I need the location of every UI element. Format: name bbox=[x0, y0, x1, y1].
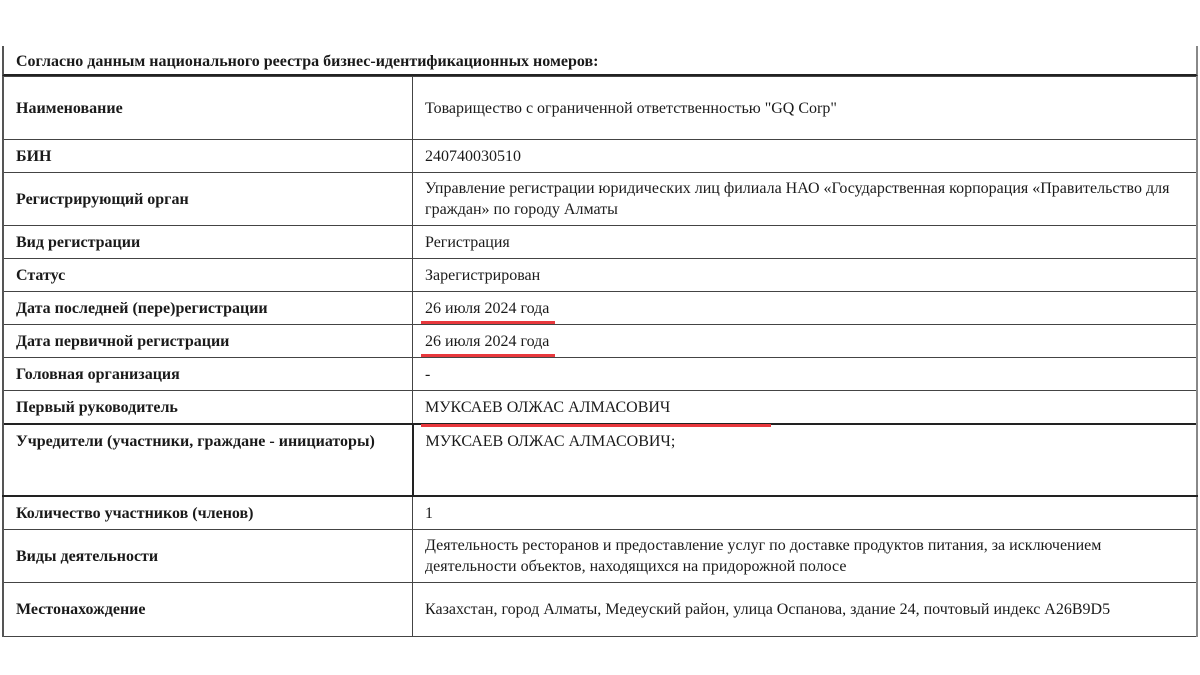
registry-header: Согласно данным национального реестра би… bbox=[2, 46, 1198, 76]
row-value: МУКСАЕВ ОЛЖАС АЛМАСОВИЧ; bbox=[413, 424, 1198, 496]
table-row-location: Местонахождение Казахстан, город Алматы,… bbox=[3, 583, 1197, 637]
row-label: Вид регистрации bbox=[3, 226, 413, 259]
table-row-status: Статус Зарегистрирован bbox=[3, 259, 1197, 292]
row-label: Регистрирующий орган bbox=[3, 173, 413, 226]
row-value: Зарегистрирован bbox=[413, 259, 1198, 292]
registry-record: Согласно данным национального реестра би… bbox=[2, 46, 1198, 637]
table-row-first-registration-date: Дата первичной регистрации 26 июля 2024 … bbox=[3, 325, 1197, 358]
row-label: Виды деятельности bbox=[3, 530, 413, 583]
row-label: Статус bbox=[3, 259, 413, 292]
highlighted-value: 26 июля 2024 года bbox=[425, 331, 549, 352]
table-row-last-registration-date: Дата последней (пере)регистрации 26 июля… bbox=[3, 292, 1197, 325]
row-value: 26 июля 2024 года bbox=[413, 292, 1198, 325]
row-value: - bbox=[413, 358, 1198, 391]
row-value: МУКСАЕВ ОЛЖАС АЛМАСОВИЧ bbox=[413, 391, 1198, 425]
row-value: Деятельность ресторанов и предоставление… bbox=[413, 530, 1198, 583]
row-value: Товарищество с ограниченной ответственно… bbox=[413, 77, 1198, 140]
table-row-bin: БИН 240740030510 bbox=[3, 140, 1197, 173]
row-label: Первый руководитель bbox=[3, 391, 413, 425]
table-row-member-count: Количество участников (членов) 1 bbox=[3, 496, 1197, 530]
table-row-registering-authority: Регистрирующий орган Управление регистра… bbox=[3, 173, 1197, 226]
row-label: Местонахождение bbox=[3, 583, 413, 637]
highlighted-value: МУКСАЕВ ОЛЖАС АЛМАСОВИЧ bbox=[425, 397, 670, 418]
table-row-registration-type: Вид регистрации Регистрация bbox=[3, 226, 1197, 259]
row-label: Дата последней (пере)регистрации bbox=[3, 292, 413, 325]
row-label: Головная организация bbox=[3, 358, 413, 391]
registry-table: Наименование Товарищество с ограниченной… bbox=[2, 76, 1198, 637]
table-row-director: Первый руководитель МУКСАЕВ ОЛЖАС АЛМАСО… bbox=[3, 391, 1197, 425]
row-value: 1 bbox=[413, 496, 1198, 530]
table-row-founders: Учредители (участники, граждане - инициа… bbox=[3, 424, 1197, 496]
row-value: Регистрация bbox=[413, 226, 1198, 259]
row-value: 26 июля 2024 года bbox=[413, 325, 1198, 358]
table-row-activities: Виды деятельности Деятельность ресторано… bbox=[3, 530, 1197, 583]
row-value: Управление регистрации юридических лиц ф… bbox=[413, 173, 1198, 226]
row-value: 240740030510 bbox=[413, 140, 1198, 173]
highlighted-value: 26 июля 2024 года bbox=[425, 298, 549, 319]
table-row-name: Наименование Товарищество с ограниченной… bbox=[3, 77, 1197, 140]
row-label: Наименование bbox=[3, 77, 413, 140]
row-label: Количество участников (членов) bbox=[3, 496, 413, 530]
row-label: Дата первичной регистрации bbox=[3, 325, 413, 358]
row-label: Учредители (участники, граждане - инициа… bbox=[3, 424, 413, 496]
row-label: БИН bbox=[3, 140, 413, 173]
table-row-parent-organization: Головная организация - bbox=[3, 358, 1197, 391]
row-value: Казахстан, город Алматы, Медеуский район… bbox=[413, 583, 1198, 637]
